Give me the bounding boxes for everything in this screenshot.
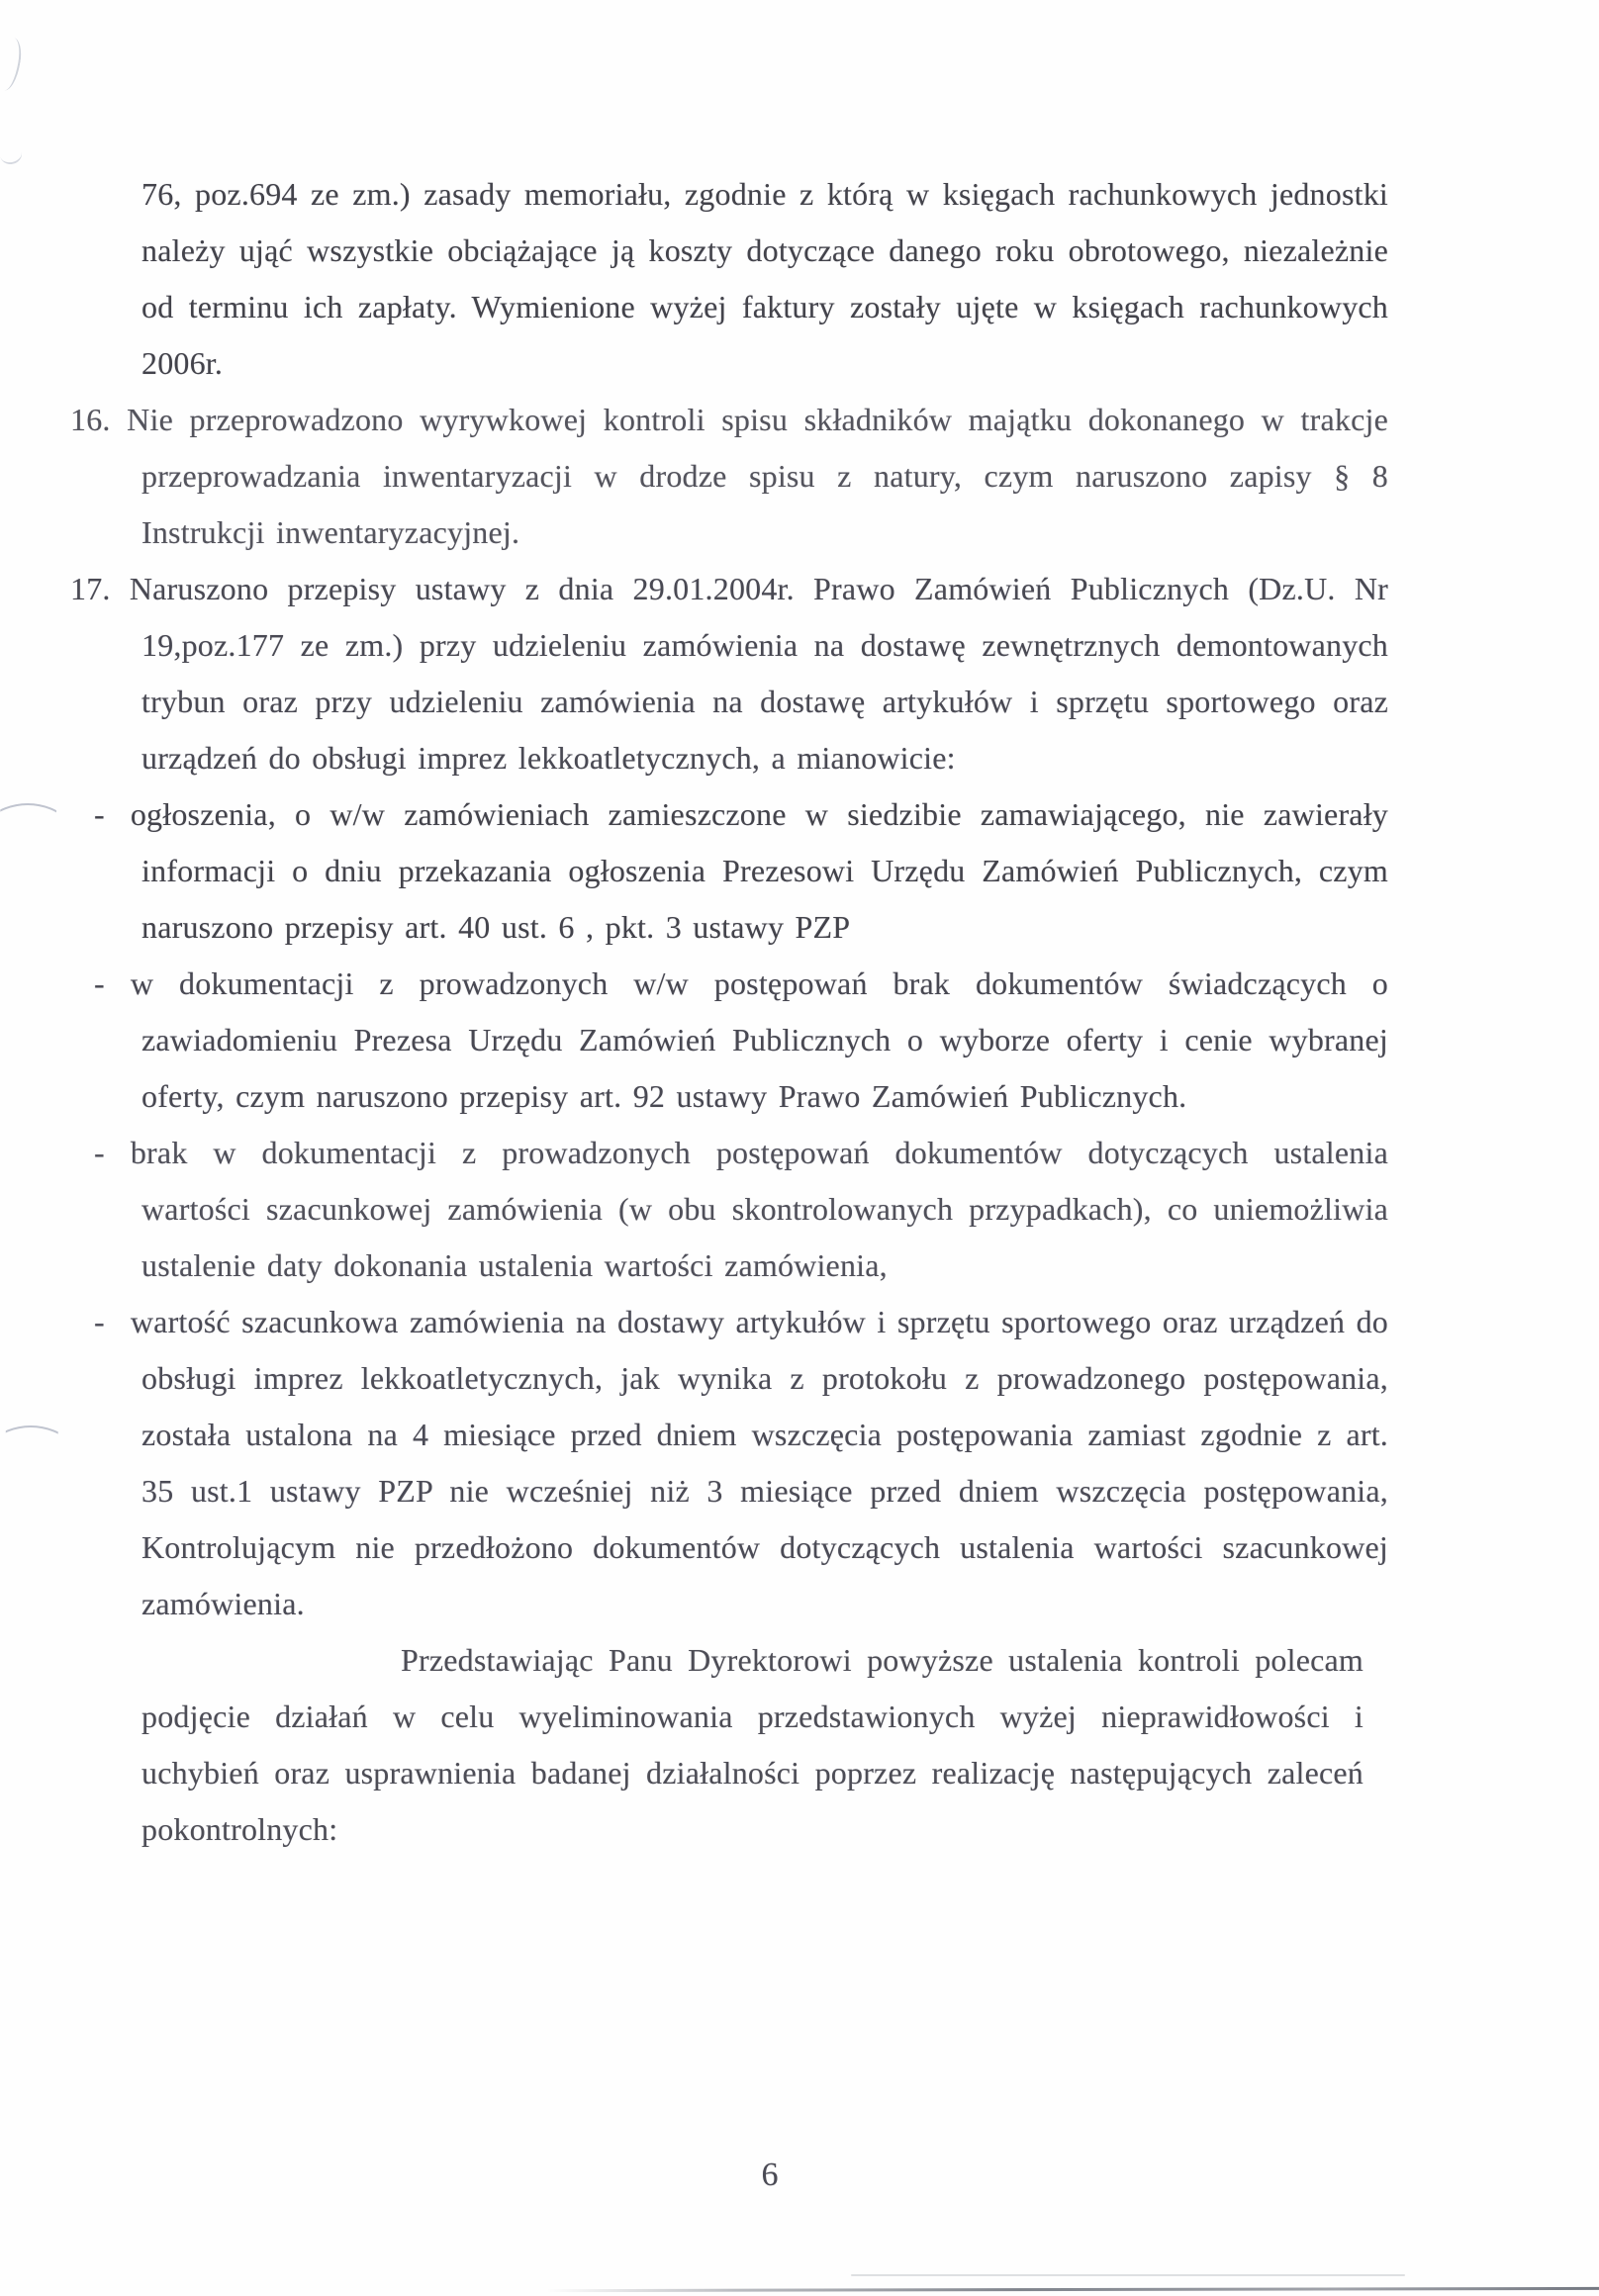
scan-artifact-squiggle-left — [0, 142, 24, 166]
bullet-item-missing-value-docs: -brak w dokumentacji z prowadzonych post… — [141, 1125, 1388, 1294]
continuation-paragraph: 76, poz.694 ze zm.) zasady memoriału, zg… — [141, 166, 1388, 392]
bullet-item-announcements: -ogłoszenia, o w/w zamówieniach zamieszc… — [141, 786, 1388, 956]
bullet-3-text: brak w dokumentacji z prowadzonych postę… — [131, 1135, 1388, 1283]
closing-paragraph: Przedstawiając Panu Dyrektorowi powyższe… — [141, 1632, 1364, 1858]
numbered-item-16: 16. Nie przeprowadzono wyrywkowej kontro… — [141, 392, 1388, 561]
page-number: 6 — [750, 2157, 790, 2194]
bullet-item-missing-notification-docs: -w dokumentacji z prowadzonych w/w postę… — [141, 956, 1388, 1125]
bullet-1-text: ogłoszenia, o w/w zamówieniach zamieszcz… — [131, 796, 1388, 945]
item-16-text: Nie przeprowadzono wyrywkowej kontroli s… — [127, 402, 1388, 550]
bullet-item-estimated-value-timing: -wartość szacunkowa zamówienia na dostaw… — [141, 1294, 1388, 1632]
bullet-2-text: w dokumentacji z prowadzonych w/w postęp… — [131, 965, 1388, 1114]
dash-bullet-icon: - — [94, 965, 131, 1001]
bullet-4-text: wartość szacunkowa zamówienia na dostawy… — [131, 1304, 1388, 1621]
scan-artifact-paper-edge-line — [546, 2287, 1599, 2292]
scan-artifact-bottom-smudge — [851, 2274, 1405, 2276]
dash-bullet-icon: - — [94, 796, 131, 832]
numbered-item-17: 17. Naruszono przepisy ustawy z dnia 29.… — [141, 561, 1388, 786]
item-17-number: 17. — [70, 571, 111, 606]
scanned-document-page: 76, poz.694 ze zm.) zasady memoriału, zg… — [0, 0, 1599, 2296]
document-body: 76, poz.694 ze zm.) zasady memoriału, zg… — [141, 166, 1388, 1858]
dash-bullet-icon: - — [94, 1304, 131, 1339]
scan-artifact-arc-lower — [0, 1425, 93, 1550]
scan-artifact-squiggle-top-left — [0, 37, 25, 92]
dash-bullet-icon: - — [94, 1135, 131, 1170]
item-17-text: Naruszono przepisy ustawy z dnia 29.01.2… — [130, 571, 1388, 776]
scan-artifact-arc-upper — [0, 803, 90, 928]
item-16-number: 16. — [70, 402, 111, 437]
